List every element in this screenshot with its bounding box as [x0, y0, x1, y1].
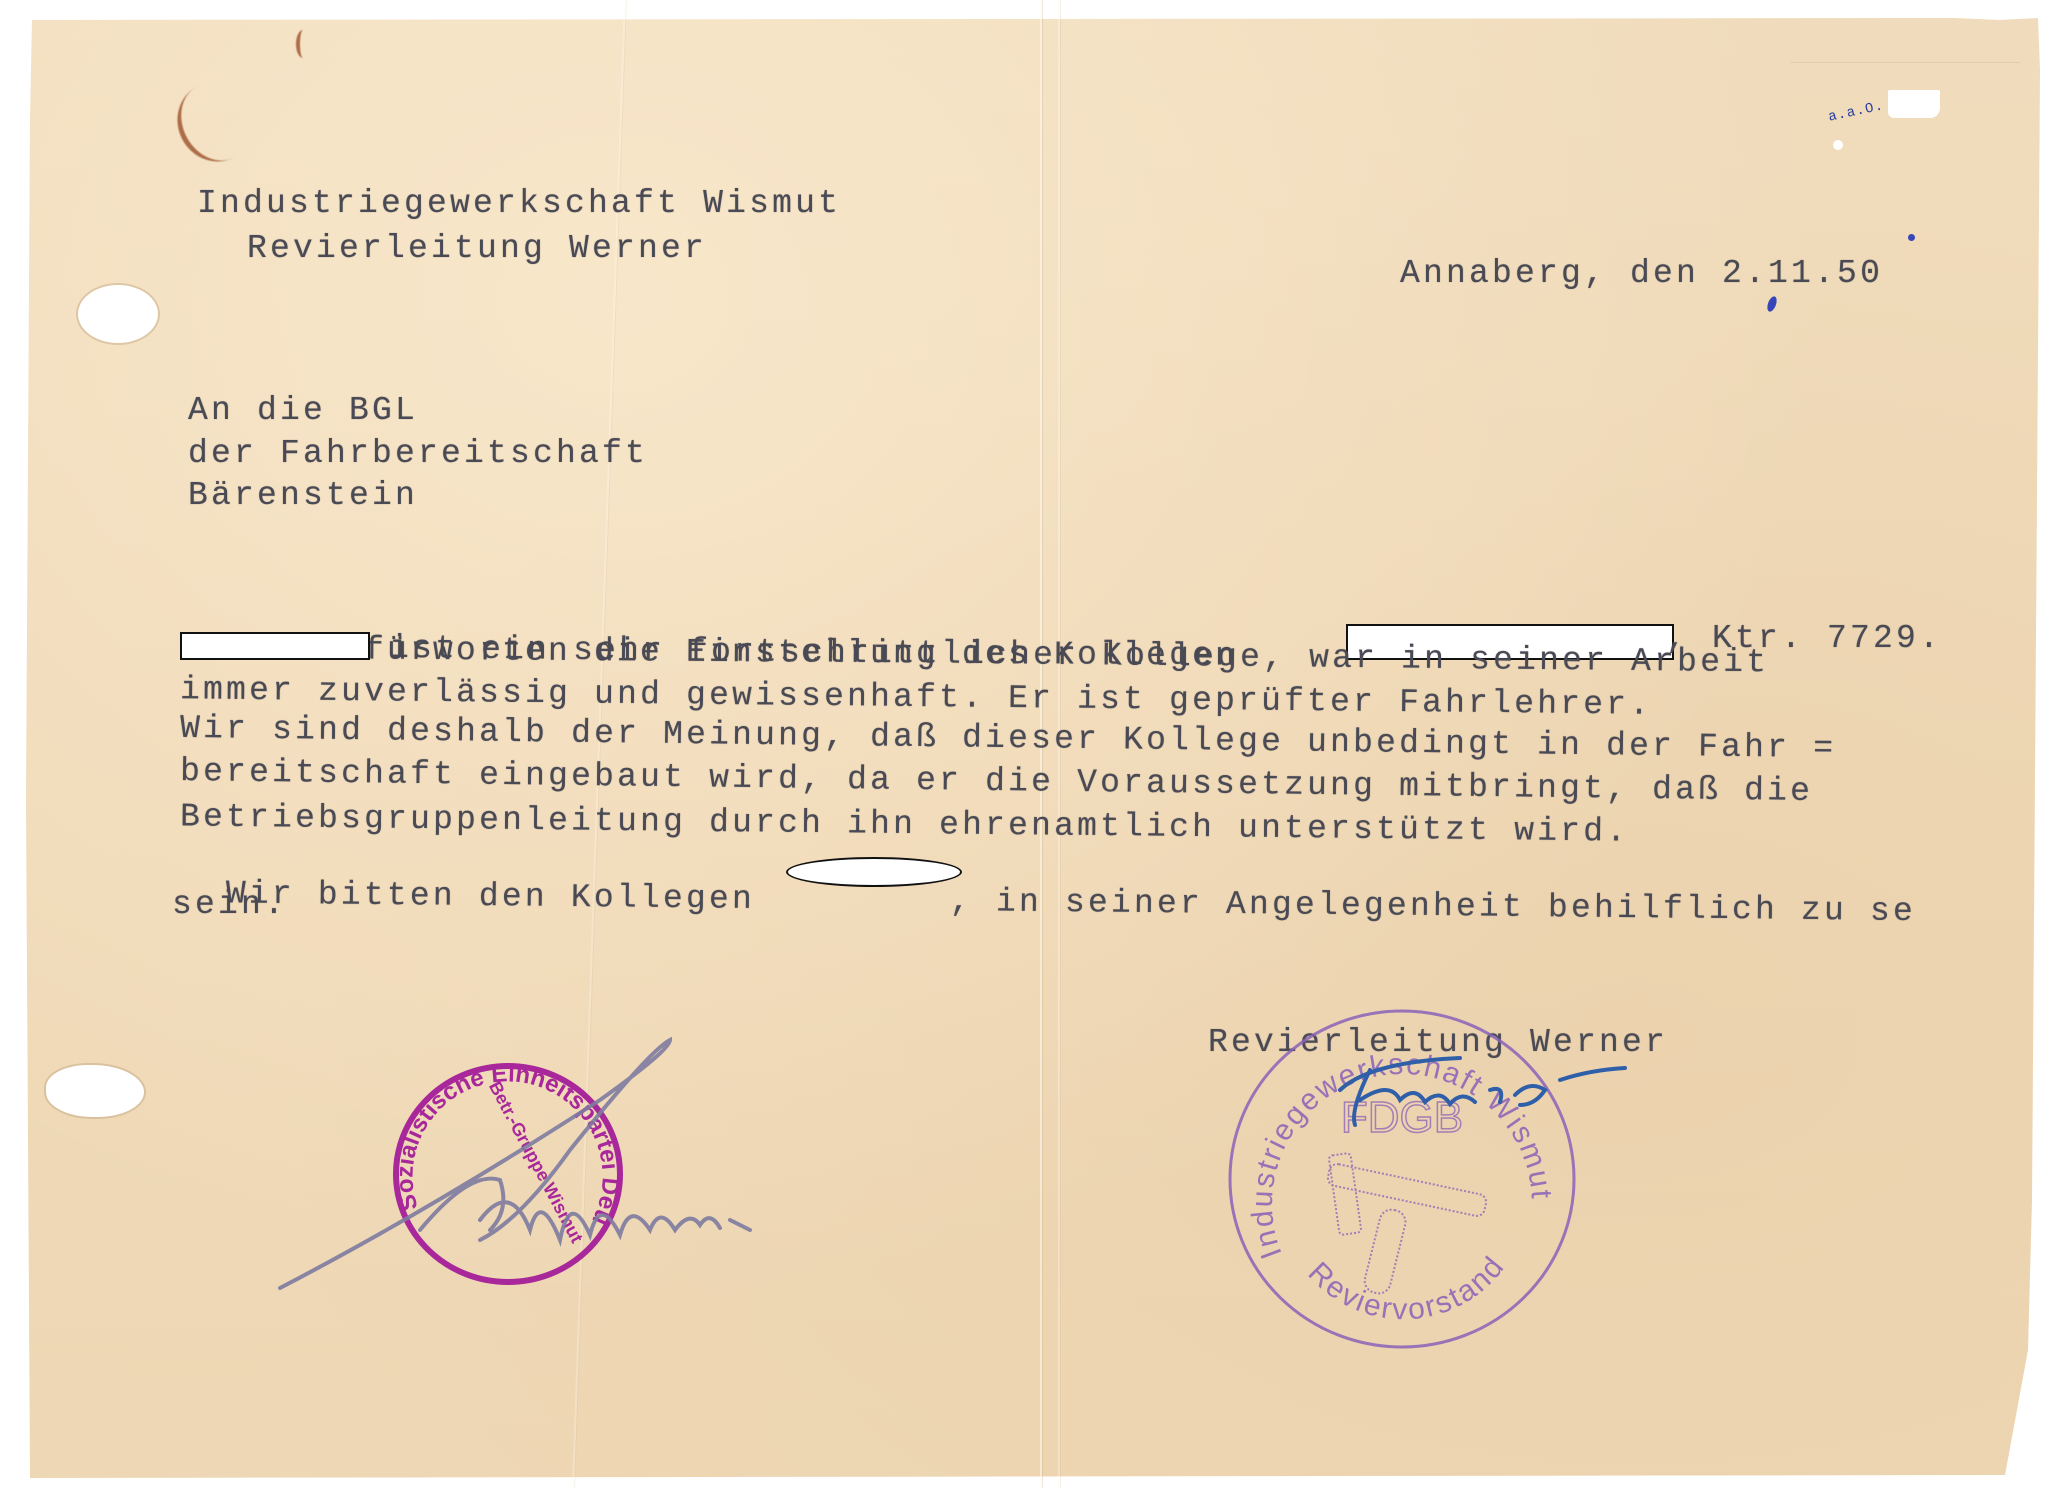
redaction-oval-surname — [786, 857, 962, 887]
sender-line-2: Revierleitung Werner — [247, 230, 707, 267]
rust-stain — [296, 30, 310, 58]
paper-tear — [1888, 90, 1940, 118]
sender-line-1: Industriegewerkschaft Wismut — [197, 185, 841, 222]
svg-text:Reviervorstand: Reviervorstand — [1302, 1250, 1512, 1327]
body-line-7-start: Wir bitten den Kollegen — [226, 875, 778, 918]
punch-hole — [78, 285, 158, 343]
ig-stamp-bottom-text: Reviervorstand — [1302, 1250, 1512, 1327]
recipient-line-2: der Fahrbereitschaft — [188, 435, 648, 472]
recipient-line-1: An die BGL — [188, 392, 418, 429]
paper-tear — [1833, 140, 1843, 150]
punch-hole — [46, 1065, 144, 1117]
body-line-8: sein. — [172, 886, 287, 923]
lehmann-signature — [270, 1030, 790, 1300]
crease-line — [1790, 62, 2020, 63]
recipient-line-3: Bärenstein — [188, 477, 418, 514]
place-date: Annaberg, den 2.11.50 — [1400, 255, 1883, 292]
redaction-box-surname — [180, 632, 370, 660]
werner-signature — [1330, 1050, 1630, 1130]
ink-mark-date — [1908, 234, 1915, 241]
